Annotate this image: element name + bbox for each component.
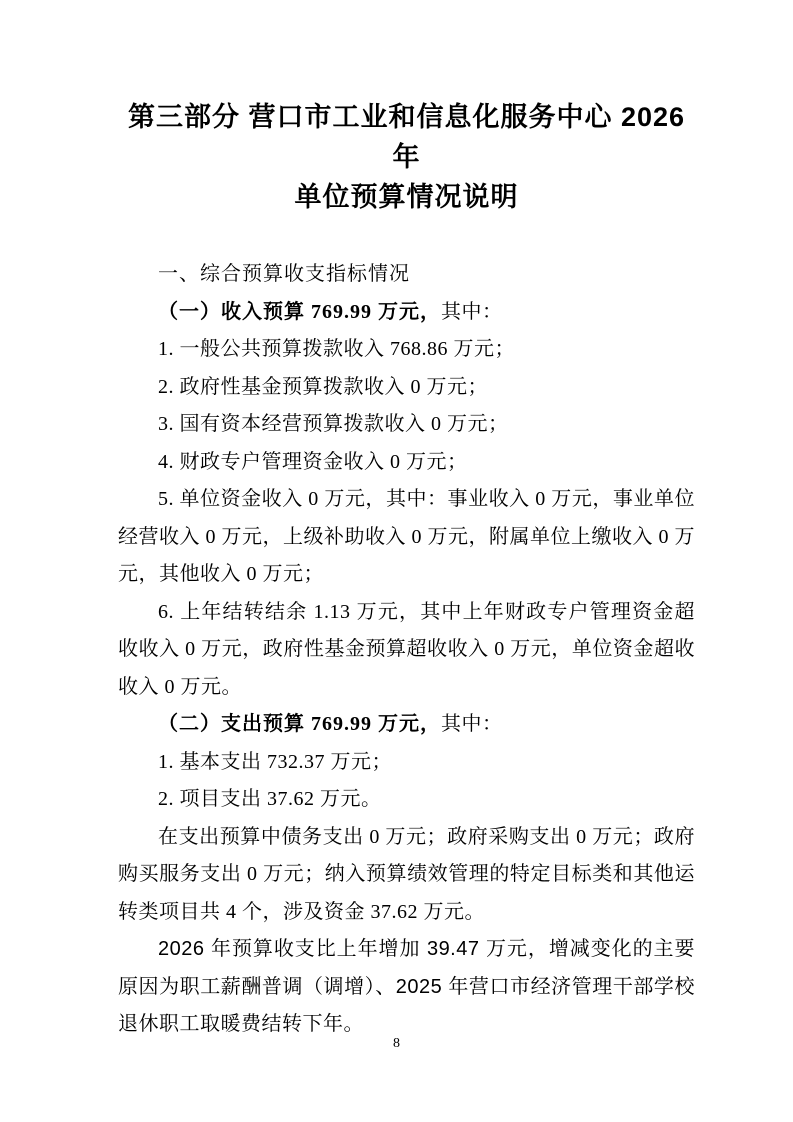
- income-lead-rest: 其中：: [441, 301, 503, 323]
- expense-lead-rest: 其中：: [441, 713, 503, 735]
- document-content: 第三部分 营口市工业和信息化服务中心 2026 年 单位预算情况说明 一、综合预…: [118, 0, 695, 1044]
- income-item-5: 5. 单位资金收入 0 万元，其中：事业收入 0 万元，事业单位经营收入 0 万…: [118, 481, 695, 594]
- expense-lead-paragraph: （二）支出预算 769.99 万元，其中：: [118, 706, 695, 744]
- income-lead-bold: （一）收入预算 769.99 万元，: [158, 301, 441, 323]
- expense-lead-bold: （二）支出预算 769.99 万元，: [158, 713, 441, 735]
- expense-item-1: 1. 基本支出 732.37 万元；: [118, 744, 695, 782]
- budget-change-paragraph: 2026 年预算收支比上年增加 39.47 万元，增减变化的主要原因为职工薪酬普…: [118, 931, 695, 1044]
- income-item-4: 4. 财政专户管理资金收入 0 万元；: [118, 444, 695, 482]
- income-item-2: 2. 政府性基金预算拨款收入 0 万元；: [118, 369, 695, 407]
- document-title-line2: 单位预算情况说明: [118, 177, 695, 217]
- expense-item-2: 2. 项目支出 37.62 万元。: [118, 781, 695, 819]
- page-number: 8: [0, 1036, 793, 1052]
- document-body: 一、综合预算收支指标情况 （一）收入预算 769.99 万元，其中： 1. 一般…: [118, 256, 695, 1044]
- document-title: 第三部分 营口市工业和信息化服务中心 2026 年 单位预算情况说明: [118, 0, 695, 217]
- document-title-line1: 第三部分 营口市工业和信息化服务中心 2026 年: [118, 97, 695, 177]
- document-page: 第三部分 营口市工业和信息化服务中心 2026 年 单位预算情况说明 一、综合预…: [0, 0, 793, 1122]
- income-item-6: 6. 上年结转结余 1.13 万元，其中上年财政专户管理资金超收收入 0 万元，…: [118, 594, 695, 707]
- income-item-1: 1. 一般公共预算拨款收入 768.86 万元；: [118, 331, 695, 369]
- expense-detail-paragraph: 在支出预算中债务支出 0 万元；政府采购支出 0 万元；政府购买服务支出 0 万…: [118, 819, 695, 932]
- income-item-3: 3. 国有资本经营预算拨款收入 0 万元；: [118, 406, 695, 444]
- income-lead-paragraph: （一）收入预算 769.99 万元，其中：: [118, 294, 695, 332]
- section-heading-comprehensive-budget: 一、综合预算收支指标情况: [118, 256, 695, 294]
